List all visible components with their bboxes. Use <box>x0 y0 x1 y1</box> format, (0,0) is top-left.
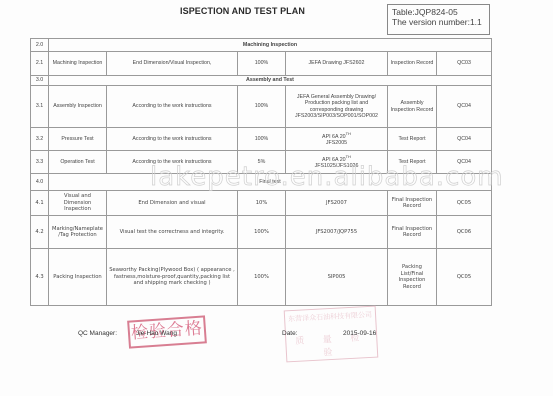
table-row: 3.1 Assembly Inspection According to the… <box>31 86 492 128</box>
table-row: 4.1 Visual and Dimension Inspection End … <box>31 191 492 216</box>
row-number: 4.3 <box>31 249 49 306</box>
inspection-item: Operation Test <box>49 151 107 174</box>
section-row: 3.0 Assembly and Test <box>31 76 492 86</box>
record-type: Final Inspection Record <box>388 191 437 216</box>
inspection-frequency: 100% <box>238 128 286 151</box>
inspection-frequency: 100% <box>238 216 286 249</box>
inspection-frequency: 100% <box>238 86 286 128</box>
reference-edition-suffix: TH <box>346 154 351 159</box>
reference-document: JEFA General Assembly Drawing/ Productio… <box>286 86 388 128</box>
document-title: ISPECTION AND TEST PLAN <box>180 6 305 16</box>
watermark: lakepetro.en.alibaba.com <box>150 162 504 192</box>
reference-document: JFS2007/JQP755 <box>286 216 388 249</box>
reference-edition-suffix: TH <box>346 131 351 136</box>
inspection-item: Assembly Inspection <box>49 86 107 128</box>
record-code: QC04 <box>437 128 492 151</box>
section-number: 3.0 <box>31 76 49 86</box>
inspection-description: Visual test the correctness and integrit… <box>107 216 238 249</box>
row-number: 2.1 <box>31 52 49 76</box>
inspection-item: Visual and Dimension Inspection <box>49 191 107 216</box>
qc-manager-name: Jie-Hao Wang <box>136 330 177 337</box>
table-row: 4.3 Packing Inspection Seaworthy Packing… <box>31 249 492 306</box>
record-type: Inspection Record <box>388 52 437 76</box>
table-number: Table:JQP824-05 <box>392 7 489 17</box>
row-number: 3.1 <box>31 86 49 128</box>
row-number: 3.3 <box>31 151 49 174</box>
section-row: 2.0 Machining Inspection <box>31 39 492 52</box>
row-number: 3.2 <box>31 128 49 151</box>
reference-document: JEFA Drawing JFS2602 <box>286 52 388 76</box>
date-label: Date: <box>282 330 298 337</box>
record-code: QC03 <box>437 52 492 76</box>
section-title: Assembly and Test <box>49 76 492 86</box>
record-type: Final Inspection Record <box>388 216 437 249</box>
inspection-item: Pressure Test <box>49 128 107 151</box>
inspection-item: Packing Inspection <box>49 249 107 306</box>
table-row: 2.1 Machining Inspection End Dimension/V… <box>31 52 492 76</box>
inspection-description: End Dimension and visual <box>107 191 238 216</box>
version-number: The version number:1.1 <box>392 17 489 27</box>
date-value: 2015-09-16 <box>343 330 376 337</box>
section-title: Machining Inspection <box>49 39 492 52</box>
row-number: 4.1 <box>31 191 49 216</box>
reference-document: JFS2007 <box>286 191 388 216</box>
record-type: Assembly Inspection Record <box>388 86 437 128</box>
record-type: Test Report <box>388 128 437 151</box>
inspection-frequency: 100% <box>238 52 286 76</box>
record-code: QC05 <box>437 191 492 216</box>
company-stamp-name: 东营泽众石油科技有限公司 <box>285 310 375 325</box>
record-code: QC06 <box>437 216 492 249</box>
inspection-item: Marking/Nameplate /Tag Protection <box>49 216 107 249</box>
section-number: 2.0 <box>31 39 49 52</box>
record-code: QC05 <box>437 249 492 306</box>
inspection-description: Seaworthy Packing(Plywood Box) ( appeara… <box>107 249 238 306</box>
inspection-frequency: 100% <box>238 249 286 306</box>
section-number: 4.0 <box>31 174 49 191</box>
inspection-description: According to the work instructions <box>107 128 238 151</box>
document-id-box: Table:JQP824-05 The version number:1.1 <box>387 4 490 35</box>
reference-document: SIP005 <box>286 249 388 306</box>
inspection-description: End Dimension/Visual Inspection, <box>107 52 238 76</box>
inspection-description: According to the work instructions <box>107 86 238 128</box>
reference-spec: JFS2005 <box>326 140 347 146</box>
inspection-item: Machining Inspection <box>49 52 107 76</box>
reference-document: API 6A 20TH JFS2005 <box>286 128 388 151</box>
inspection-frequency: 10% <box>238 191 286 216</box>
reference-standard: API 6A 20 <box>322 134 346 140</box>
qc-manager-label: QC Manager: <box>78 330 117 337</box>
row-number: 4.2 <box>31 216 49 249</box>
record-code: QC04 <box>437 86 492 128</box>
table-row: 3.2 Pressure Test According to the work … <box>31 128 492 151</box>
table-row: 4.2 Marking/Nameplate /Tag Protection Vi… <box>31 216 492 249</box>
record-type: Packing List/Final Inspection Record <box>388 249 437 306</box>
